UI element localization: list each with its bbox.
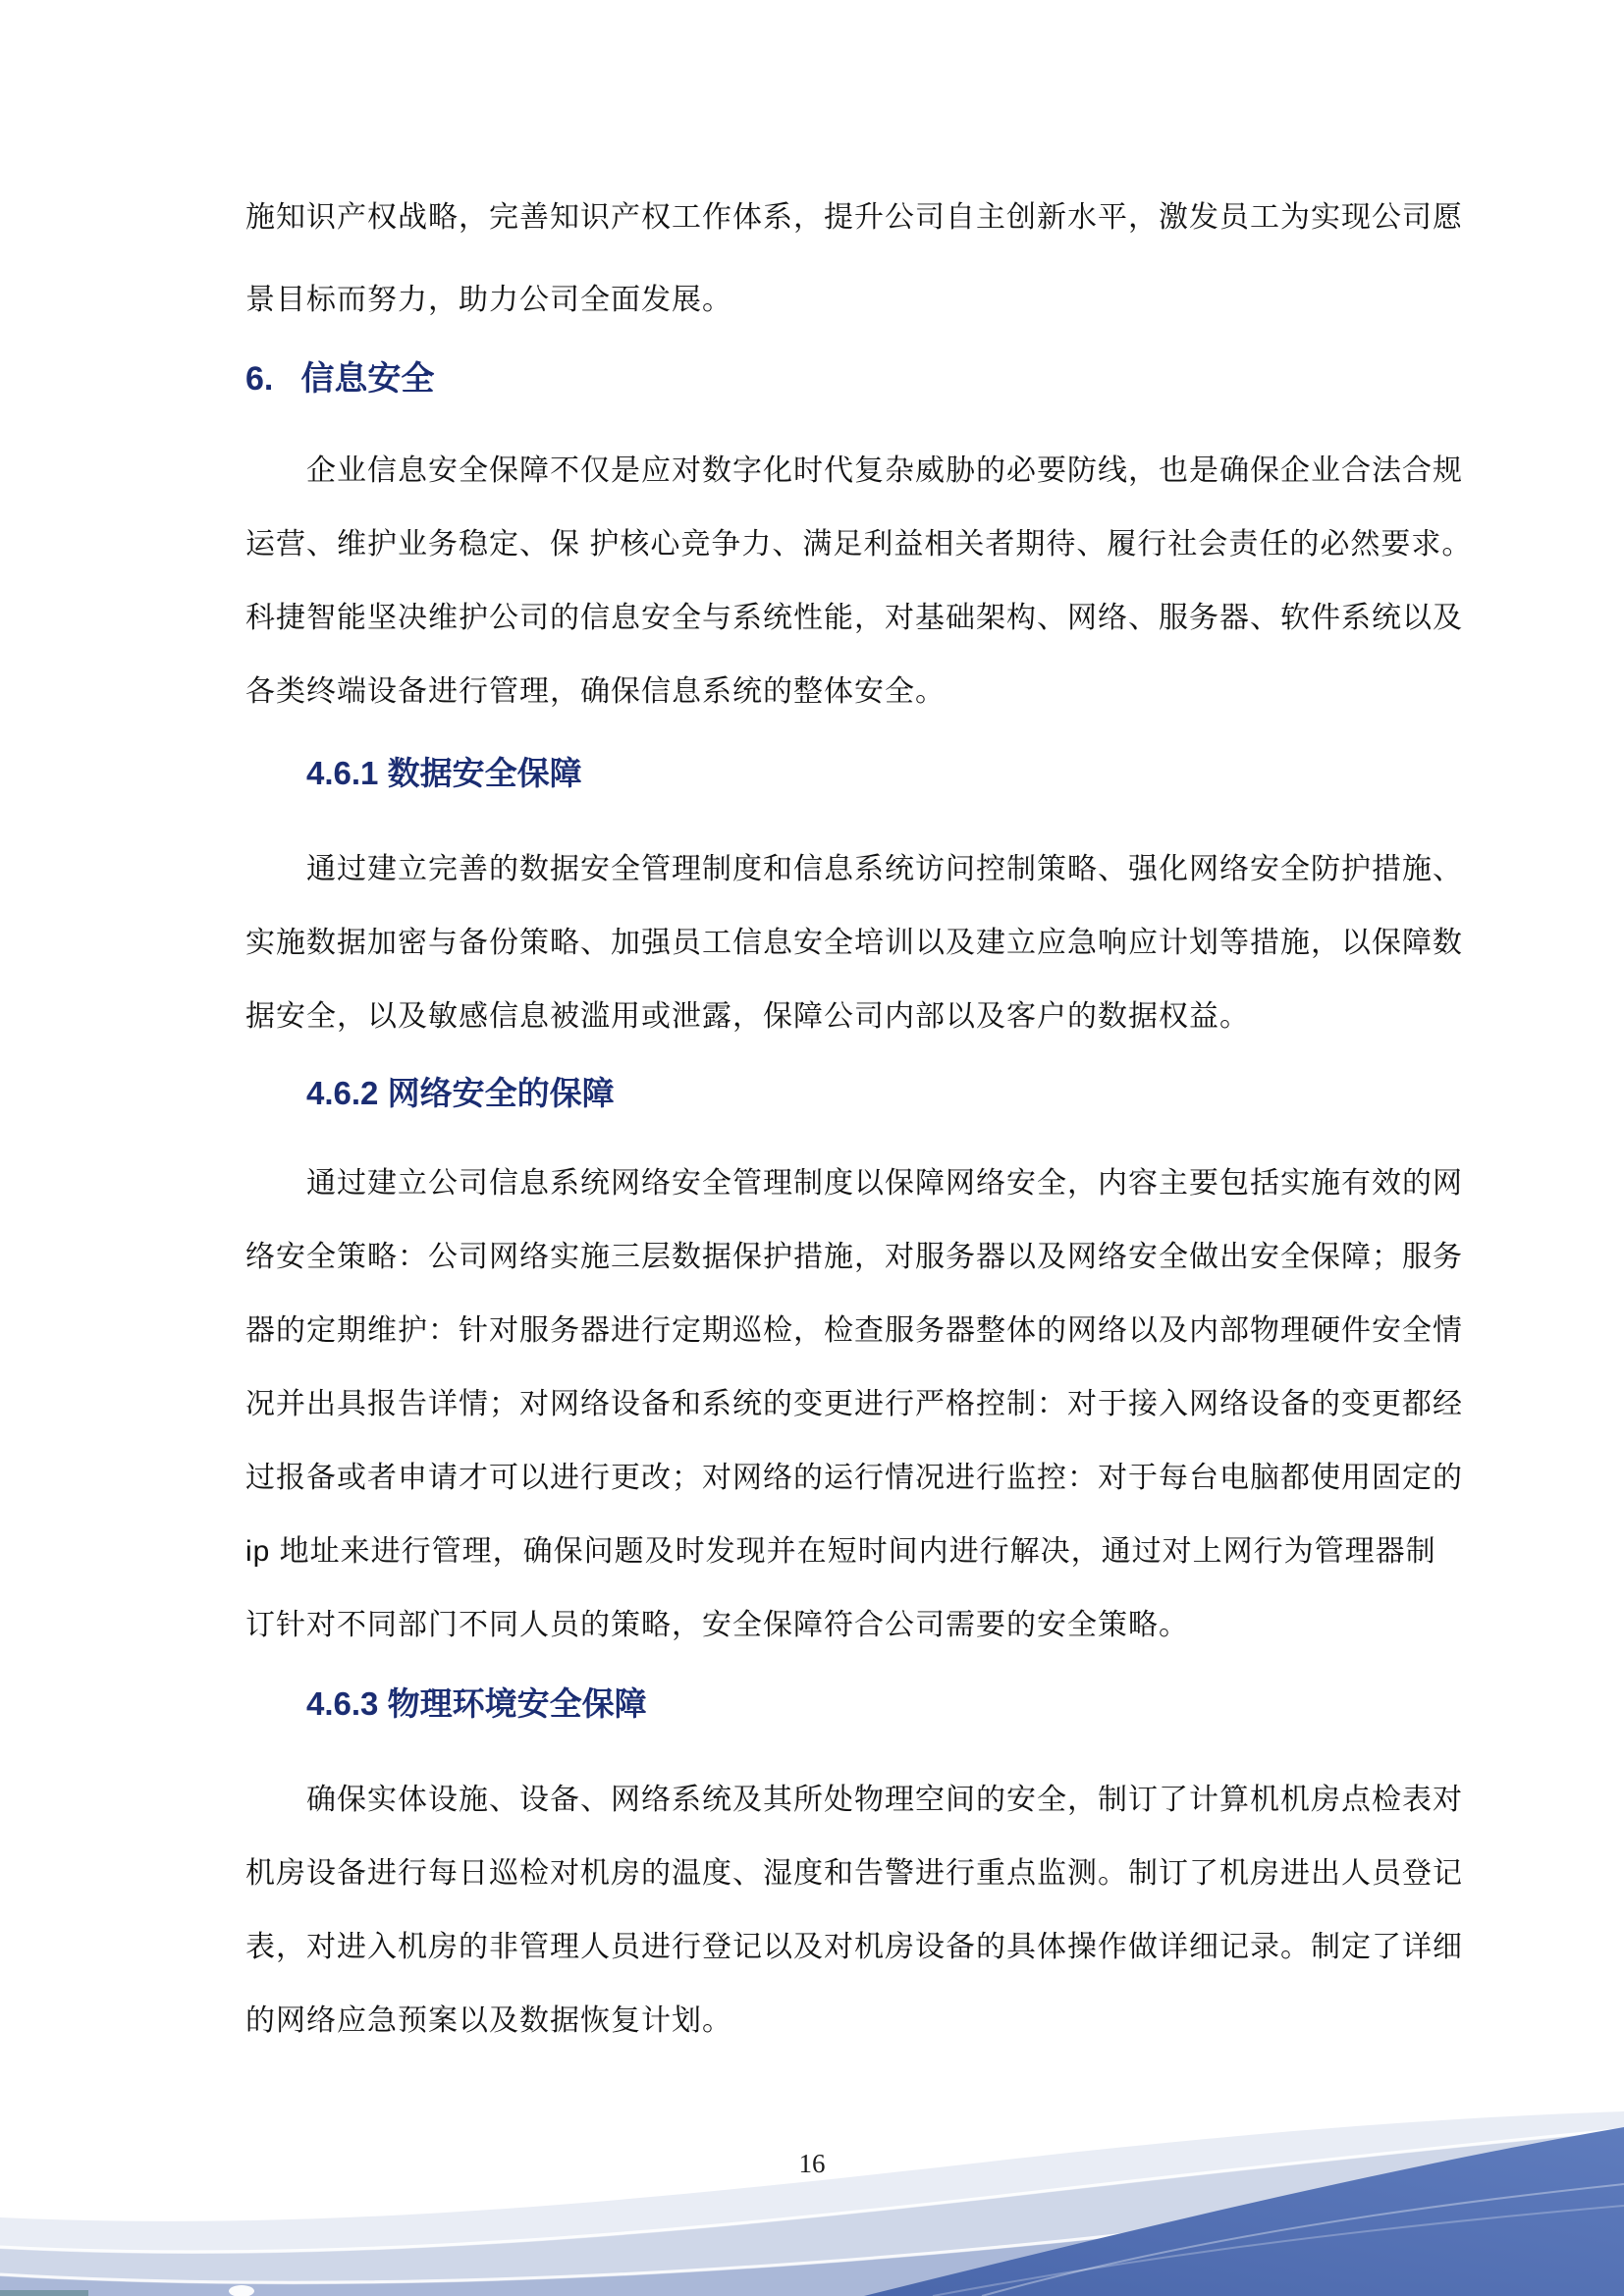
- text-line: 表，对进入机房的非管理人员进行登记以及对机房设备的具体操作做详细记录。制定了详细: [245, 1910, 1402, 1984]
- subsection-heading-network-security: 4.6.2 网络安全的保障: [306, 1070, 615, 1117]
- text-line: 通过建立公司信息系统网络安全管理制度以保障网络安全，内容主要包括实施有效的网: [245, 1147, 1402, 1220]
- text-line: 器的定期维护：针对服务器进行定期巡检，检查服务器整体的网络以及内部物理硬件安全情: [245, 1294, 1402, 1367]
- paragraph-continuation: 施知识产权战略，完善知识产权工作体系，提升公司自主创新水平，激发员工为实现公司愿…: [245, 177, 1402, 342]
- text-line: 景目标而努力，助力公司全面发展。: [245, 259, 1402, 342]
- text-line: 施知识产权战略，完善知识产权工作体系，提升公司自主创新水平，激发员工为实现公司愿: [245, 177, 1402, 259]
- text-line: 据安全，以及敏感信息被滥用或泄露，保障公司内部以及客户的数据权益。: [245, 980, 1402, 1053]
- intro-paragraph: 企业信息安全保障不仅是应对数字化时代复杂威胁的必要防线，也是确保企业合法合规运营…: [245, 434, 1402, 728]
- section-title: 信息安全: [300, 355, 434, 402]
- subsection-heading-physical-security: 4.6.3 物理环境安全保障: [306, 1681, 647, 1728]
- text-line: 况并出具报告详情；对网络设备和系统的变更进行严格控制：对于接入网络设备的变更都经: [245, 1367, 1402, 1441]
- text-line: 运营、维护业务稳定、保 护核心竞争力、满足利益相关者期待、履行社会责任的必然要求…: [245, 507, 1402, 581]
- text-line: 科捷智能坚决维护公司的信息安全与系统性能，对基础架构、网络、服务器、软件系统以及: [245, 581, 1402, 655]
- page-content: 施知识产权战略，完善知识产权工作体系，提升公司自主创新水平，激发员工为实现公司愿…: [245, 0, 1402, 2296]
- footer-wave-graphic: [0, 2068, 1624, 2296]
- paragraph-network-security: 通过建立公司信息系统网络安全管理制度以保障网络安全，内容主要包括实施有效的网络安…: [245, 1147, 1402, 1662]
- text-line: ip 地址来进行管理，确保问题及时发现并在短时间内进行解决，通过对上网行为管理器…: [245, 1515, 1402, 1588]
- text-line: 实施数据加密与备份策略、加强员工信息安全培训以及建立应急响应计划等措施，以保障数: [245, 906, 1402, 980]
- section-number: 6.: [245, 355, 273, 402]
- text-line: 确保实体设施、设备、网络系统及其所处物理空间的安全，制订了计算机机房点检表对: [245, 1763, 1402, 1837]
- text-line: 机房设备进行每日巡检对机房的温度、湿度和告警进行重点监测。制订了机房进出人员登记: [245, 1837, 1402, 1910]
- paragraph-data-security: 通过建立完善的数据安全管理制度和信息系统访问控制策略、强化网络安全防护措施、实施…: [245, 832, 1402, 1053]
- text-line: 企业信息安全保障不仅是应对数字化时代复杂威胁的必要防线，也是确保企业合法合规: [245, 434, 1402, 507]
- text-line: 通过建立完善的数据安全管理制度和信息系统访问控制策略、强化网络安全防护措施、: [245, 832, 1402, 906]
- subsection-heading-data-security: 4.6.1 数据安全保障: [306, 750, 582, 797]
- document-page: 施知识产权战略，完善知识产权工作体系，提升公司自主创新水平，激发员工为实现公司愿…: [0, 0, 1624, 2296]
- text-line: 络安全策略：公司网络实施三层数据保护措施，对服务器以及网络安全做出安全保障；服务: [245, 1220, 1402, 1294]
- section-heading: 6. 信息安全: [245, 355, 434, 402]
- text-line: 的网络应急预案以及数据恢复计划。: [245, 1984, 1402, 2057]
- text-line: 订针对不同部门不同人员的策略，安全保障符合公司需要的安全策略。: [245, 1588, 1402, 1662]
- text-line: 过报备或者申请才可以进行更改；对网络的运行情况进行监控：对于每台电脑都使用固定的: [245, 1441, 1402, 1515]
- paragraph-physical-security: 确保实体设施、设备、网络系统及其所处物理空间的安全，制订了计算机机房点检表对机房…: [245, 1763, 1402, 2057]
- text-line: 各类终端设备进行管理，确保信息系统的整体安全。: [245, 655, 1402, 728]
- footer-edge-strip: [0, 2290, 88, 2296]
